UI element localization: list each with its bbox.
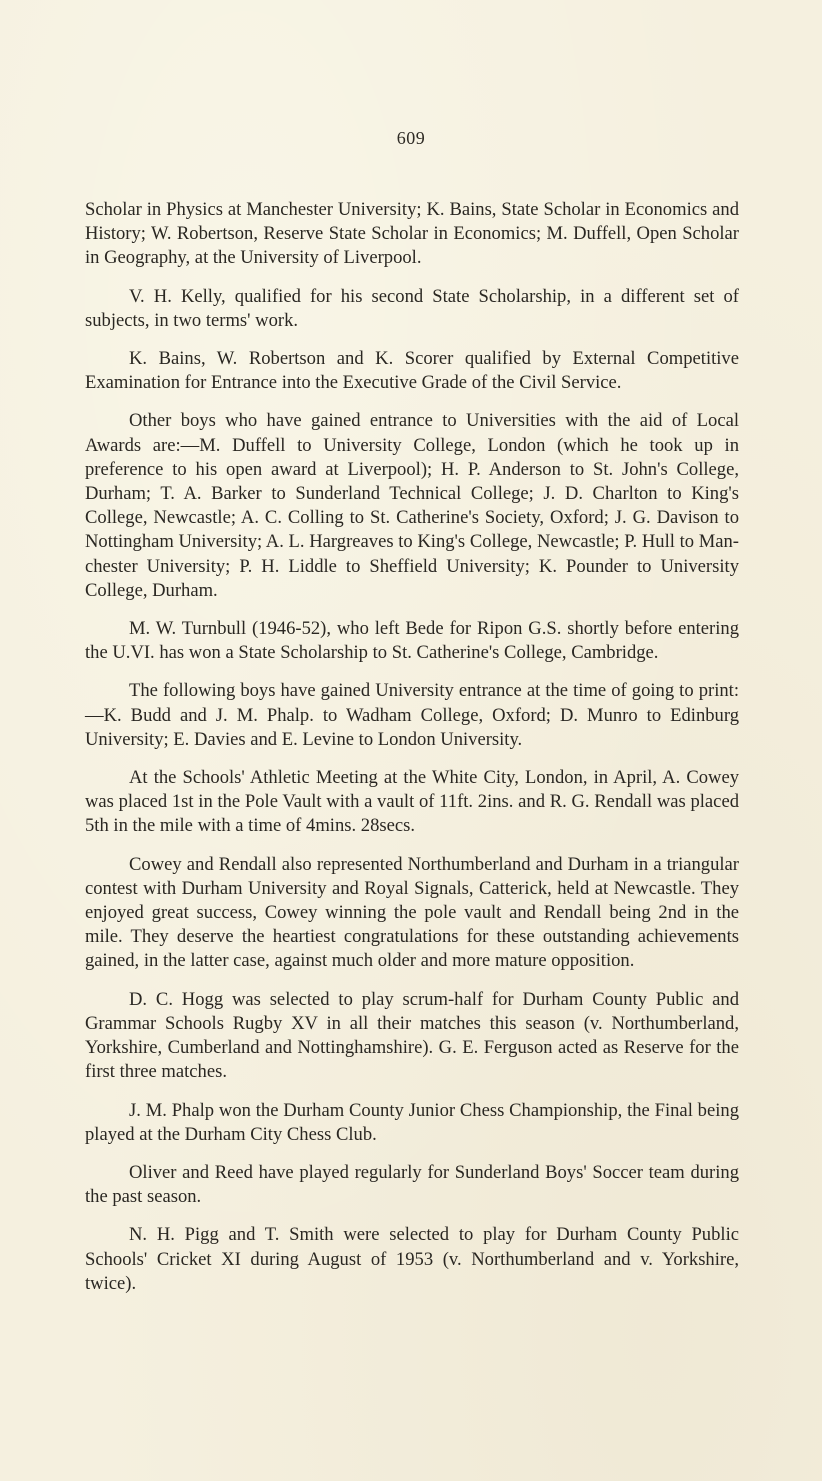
paragraph-cricket: N. H. Pigg and T. Smith were selected to… [85, 1223, 739, 1296]
paragraph-chess: J. M. Phalp won the Durham County Junior… [85, 1099, 739, 1147]
paragraph-rugby: D. C. Hogg was selected to play scrum-ha… [85, 988, 739, 1085]
paragraph-kelly-scholarship: V. H. Kelly, qualified for his second St… [85, 285, 739, 333]
paragraph-scholarships-continued: Scholar in Physics at Manchester Univers… [85, 198, 739, 271]
paragraph-civil-service: K. Bains, W. Robertson and K. Scorer qua… [85, 347, 739, 395]
body-text: Scholar in Physics at Manchester Univers… [85, 198, 739, 1310]
paragraph-university-entrance: The following boys have gained Universit… [85, 679, 739, 752]
paragraph-turnbull: M. W. Turnbull (1946-52), who left Bede … [85, 617, 739, 665]
document-page: 609 Scholar in Physics at Manchester Uni… [0, 0, 822, 1481]
paragraph-triangular-contest: Cowey and Rendall also represented North… [85, 853, 739, 974]
paragraph-athletic-meeting: At the Schools' Athletic Meeting at the … [85, 766, 739, 839]
paragraph-soccer: Oliver and Reed have played regularly fo… [85, 1161, 739, 1209]
paragraph-local-awards: Other boys who have gained entrance to U… [85, 409, 739, 603]
page-number: 609 [0, 128, 822, 149]
